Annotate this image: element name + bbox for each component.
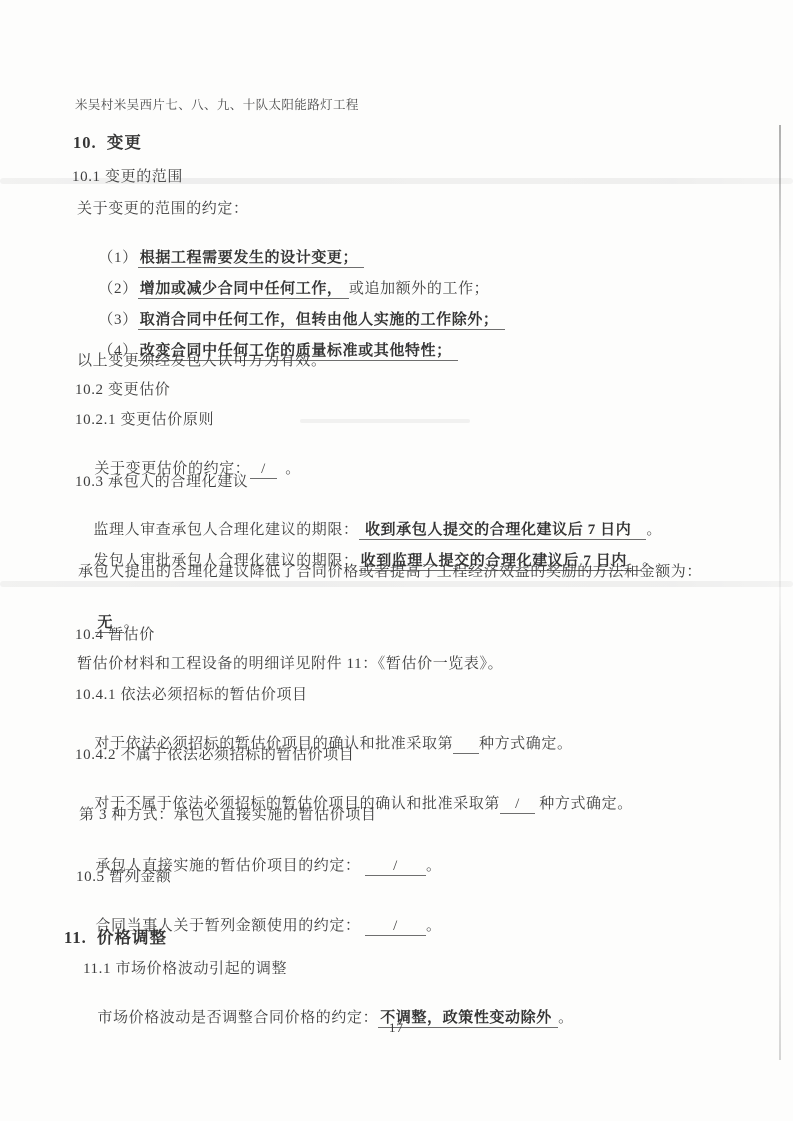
section-10-2-1-heading: 10.2.1 变更估价原则	[75, 411, 214, 430]
scope-intro-text: 关于变更的范围的约定：	[77, 200, 249, 219]
clause-suffix: 种方式确定。	[535, 796, 633, 812]
section-11-heading: 11. 价格调整	[64, 928, 167, 949]
section-10-heading: 10. 变更	[73, 133, 142, 154]
clause-suffix: 。	[426, 918, 442, 934]
market-fluctuation-clause: 市场价格波动是否调整合同价格的约定：不调整，政策性变动除外 。	[80, 990, 574, 1046]
fill-in-blank: /	[365, 858, 426, 876]
fill-in-blank: /	[500, 796, 535, 814]
section-10-4-2-heading: 10.4.2 不属于依法必须招标的暂估价项目	[75, 746, 354, 765]
fill-in-blank: /	[250, 461, 276, 479]
section-11-1-heading: 11.1 市场价格波动引起的调整	[83, 960, 287, 979]
scan-line-artifact	[779, 125, 781, 1060]
clause-suffix: 种方式确定。	[479, 736, 573, 752]
document-page: 米吴村米吴西片七、八、九、十队太阳能路灯工程 10. 变更 10.1 变更的范围…	[0, 0, 793, 1121]
fill-in-blank: /	[365, 918, 426, 936]
section-10-4-heading: 10.4 暂估价	[75, 626, 155, 645]
fill-in-blank	[453, 736, 479, 754]
clause-suffix: 。	[277, 461, 301, 477]
section-10-1-heading: 10.1 变更的范围	[72, 168, 183, 187]
section-10-3-heading: 10.3 承包人的合理化建议	[75, 473, 248, 492]
section-10-2-heading: 10.2 变更估价	[75, 381, 170, 400]
provisional-note-text: 暂估价材料和工程设备的明细详见附件 11：《暂估价一览表》。	[77, 655, 503, 674]
clause-suffix: 。	[426, 858, 442, 874]
header-project-title: 米吴村米吴西片七、八、九、十队太阳能路灯工程	[75, 98, 359, 114]
scope-note-text: 以上变更须经发包人认可方为有效。	[77, 352, 327, 371]
page-number: 17	[0, 1020, 793, 1036]
scan-smudge-artifact	[300, 419, 470, 423]
section-10-4-1-heading: 10.4.1 依法必须招标的暂估价项目	[75, 686, 308, 705]
reward-intro-text: 承包人提出的合理化建议降低了合同价格或者提高了工程经济效益的奖励的方法和金额为：	[78, 563, 702, 582]
section-10-5-heading: 10.5 暂列金额	[76, 868, 171, 887]
method-3-text: 第 3 种方式：承包人直接实施的暂估价项目	[79, 806, 377, 825]
